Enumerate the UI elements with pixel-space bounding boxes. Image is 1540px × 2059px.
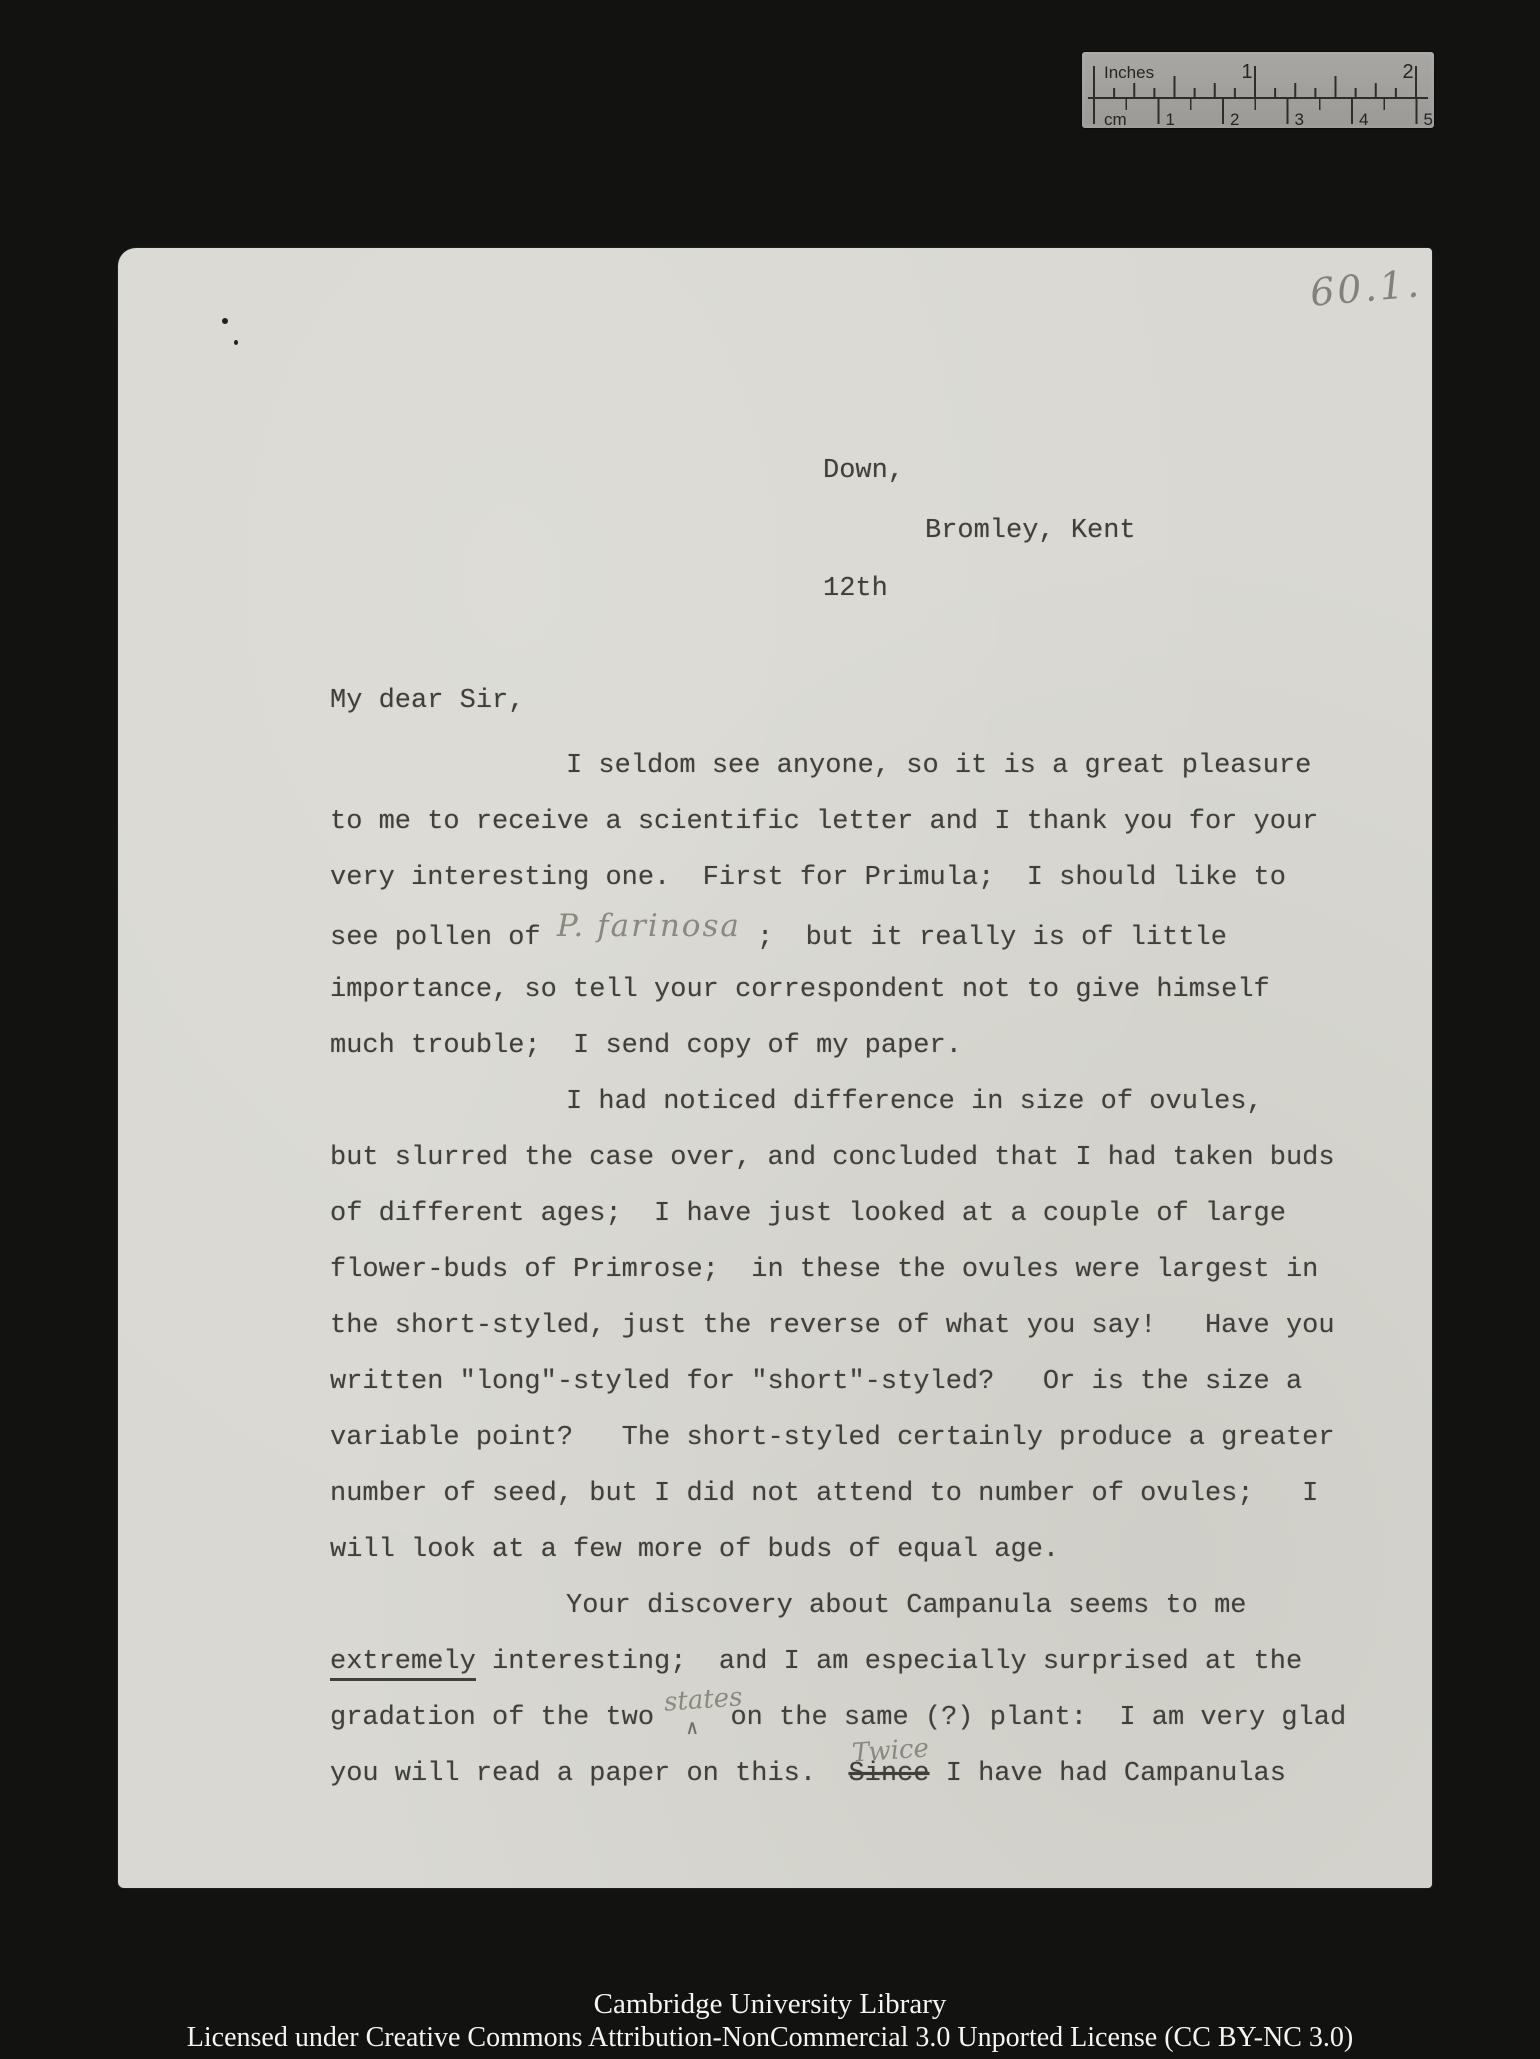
typed-text: gradation of the two [330,1703,670,1733]
footer-license: Licensed under Creative Commons Attribut… [0,2021,1540,2054]
typed-text: number of seed, but I did not attend to … [330,1479,1318,1509]
letter-line: the short-styled, just the reverse of wh… [330,1298,1460,1354]
svg-text:4: 4 [1359,110,1368,128]
letter-line: Your discovery about Campanula seems to … [330,1578,1460,1634]
letter-paper: 60.1. Down, Bromley, Kent 12th My dear S… [118,248,1432,1888]
typed-text: flower-buds of Primrose; in these the ov… [330,1255,1318,1285]
ruler-ticks: Inchescm1212345 [1082,52,1434,128]
typed-text: I seldom see anyone, so it is a great pl… [566,751,1311,781]
typed-text: on the same (?) plant: I am very glad [714,1703,1346,1733]
handwritten-annotation: states [662,1669,744,1730]
typed-text: interesting; and I am especially surpris… [476,1647,1302,1677]
letter-line: I had noticed difference in size of ovul… [330,1074,1460,1130]
letter-line: variable point? The short-styled certain… [330,1410,1460,1466]
letter-line: of different ages; I have just looked at… [330,1186,1460,1242]
folio-number-annotation: 60.1. [1308,261,1423,315]
typed-text: extremely [330,1647,476,1681]
letter-line: but slurred the case over, and concluded… [330,1130,1460,1186]
ruler: Inchescm1212345 [1082,52,1434,128]
letter-date: 12th [823,574,888,604]
typed-text: very interesting one. First for Primula;… [330,863,1286,893]
letter-line: see pollen of P. farinosa ; but it reall… [330,906,1460,962]
address-line-down: Down, [823,456,904,486]
typed-text: ∧states [670,1702,714,1758]
letter-line: much trouble; I send copy of my paper. [330,1018,1460,1074]
svg-text:3: 3 [1295,110,1304,128]
svg-text:2: 2 [1402,61,1413,83]
typed-text: you will read a paper on this. [330,1759,848,1789]
svg-text:Inches: Inches [1104,63,1154,82]
typed-text: will look at a few more of buds of equal… [330,1535,1059,1565]
typed-text: written "long"-styled for "short"-styled… [330,1367,1302,1397]
paper-speck [234,340,238,345]
svg-text:5: 5 [1424,110,1433,128]
scan-background: { "ruler": { "unit_top": "Inches", "unit… [0,0,1540,2059]
typed-text: importance, so tell your correspondent n… [330,975,1270,1005]
letter-line: flower-buds of Primrose; in these the ov… [330,1242,1460,1298]
typed-text: see pollen of [330,923,557,953]
svg-text:1: 1 [1241,61,1252,83]
letter-line: I seldom see anyone, so it is a great pl… [330,738,1460,794]
footer: Cambridge University Library Licensed un… [0,1988,1540,2054]
letter-line: number of seed, but I did not attend to … [330,1466,1460,1522]
svg-text:1: 1 [1166,110,1175,128]
letter-line: written "long"-styled for "short"-styled… [330,1354,1460,1410]
typed-text: to me to receive a scientific letter and… [330,807,1318,837]
letter-body: I seldom see anyone, so it is a great pl… [330,738,1460,1802]
typed-text: but slurred the case over, and concluded… [330,1143,1335,1173]
letter-line: you will read a paper on this. SinceTwic… [330,1746,1460,1802]
letter-line: importance, so tell your correspondent n… [330,962,1460,1018]
typed-text: ; but it really is of little [741,923,1227,953]
letter-line: to me to receive a scientific letter and… [330,794,1460,850]
letter-line: will look at a few more of buds of equal… [330,1522,1460,1578]
salutation: My dear Sir, [330,686,524,716]
handwritten-annotation: Twice [851,1720,932,1781]
svg-text:cm: cm [1104,110,1127,128]
letter-line: very interesting one. First for Primula;… [330,850,1460,906]
svg-text:2: 2 [1230,110,1239,128]
paper-speck [222,318,228,324]
typed-text: of different ages; I have just looked at… [330,1199,1286,1229]
typed-text: I have had Campanulas [930,1759,1286,1789]
typed-text: I had noticed difference in size of ovul… [566,1087,1263,1117]
handwritten-text: P. farinosa [557,908,741,944]
footer-attribution: Cambridge University Library [0,1988,1540,2021]
typed-text: much trouble; I send copy of my paper. [330,1031,962,1061]
address-line-bromley: Bromley, Kent [925,516,1136,546]
typed-text: SinceTwice [848,1759,929,1789]
typed-text: the short-styled, just the reverse of wh… [330,1311,1335,1341]
typed-text: Your discovery about Campanula seems to … [566,1591,1247,1621]
typed-text: variable point? The short-styled certain… [330,1423,1335,1453]
letter-line: extremely interesting; and I am especial… [330,1634,1460,1690]
